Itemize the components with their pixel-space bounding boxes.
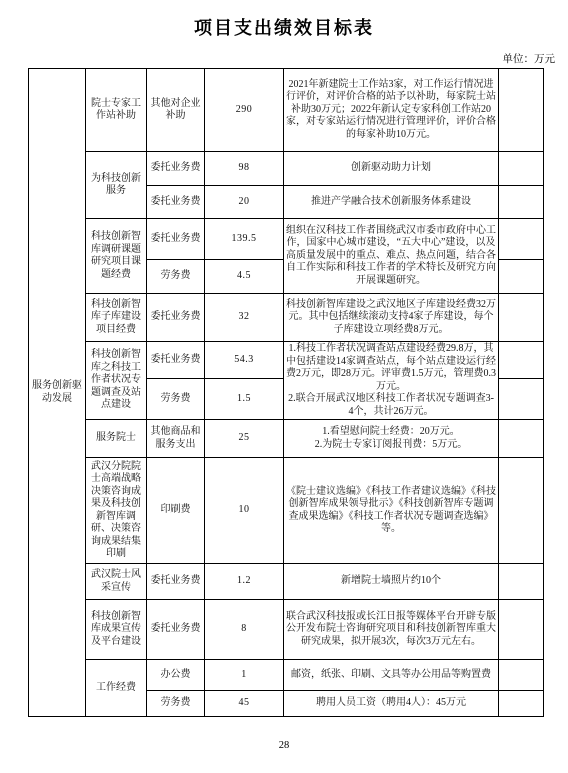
- category-cell: 武汉分院院士高端战略决策咨询成果及科技创新智库调研、决策咨询成果结集印刷: [86, 458, 147, 564]
- category-cell: 科技创新智库成果宣传及平台建设: [86, 600, 147, 660]
- description-cell: 组织在汉科技工作者围绕武汉市委市政府中心工作，国家中心城市建设，“五大中心”建设…: [284, 219, 499, 294]
- performance-target-table: 服务创新驱动发展 院士专家工作站补助 其他对企业补助 290 2021年新建院士…: [28, 68, 544, 717]
- expense-type-cell: 劳务费: [147, 691, 205, 717]
- table-row: 科技创新智库子库建设项目经费 委托业务费 32 科技创新智库建设之武汉地区子库建…: [29, 294, 544, 342]
- category-cell: 服务院士: [86, 420, 147, 458]
- amount-cell: 98: [205, 152, 284, 186]
- amount-cell: 139.5: [205, 219, 284, 260]
- expense-type-cell: 其他对企业补助: [147, 69, 205, 152]
- expense-type-cell: 委托业务费: [147, 342, 205, 379]
- note-cell: [499, 379, 544, 420]
- expense-type-cell: 印刷费: [147, 458, 205, 564]
- description-cell: 联合武汉科技报或长江日报等媒体平台开辟专版公开发布院士咨询研究项目和科技创新智库…: [284, 600, 499, 660]
- note-cell: [499, 564, 544, 600]
- table-row: 科技创新智库调研课题研究项目课题经费 委托业务费 139.5 组织在汉科技工作者…: [29, 219, 544, 260]
- expense-type-cell: 委托业务费: [147, 564, 205, 600]
- note-cell: [499, 458, 544, 564]
- category-cell: 科技创新智库子库建设项目经费: [86, 294, 147, 342]
- note-cell: [499, 420, 544, 458]
- table-row: 服务创新驱动发展 院士专家工作站补助 其他对企业补助 290 2021年新建院士…: [29, 69, 544, 152]
- table-row: 服务院士 其他商品和服务支出 25 1.看望慰问院士经费：20万元。 2.为院士…: [29, 420, 544, 458]
- note-cell: [499, 69, 544, 152]
- expense-type-cell: 委托业务费: [147, 294, 205, 342]
- table-row: 武汉分院院士高端战略决策咨询成果及科技创新智库调研、决策咨询成果结集印刷 印刷费…: [29, 458, 544, 564]
- amount-cell: 1: [205, 660, 284, 691]
- note-cell: [499, 152, 544, 186]
- group-cell: 服务创新驱动发展: [29, 69, 86, 717]
- expense-type-cell: 委托业务费: [147, 152, 205, 186]
- note-cell: [499, 691, 544, 717]
- expense-type-cell: 委托业务费: [147, 600, 205, 660]
- amount-cell: 45: [205, 691, 284, 717]
- description-cell: 1.看望慰问院士经费：20万元。 2.为院士专家订阅报刊费：5万元。: [284, 420, 499, 458]
- table-row: 工作经费 办公费 1 邮资，纸张、印刷、文具等办公用品等购置费: [29, 660, 544, 691]
- category-cell: 院士专家工作站补助: [86, 69, 147, 152]
- description-cell: 创新驱动助力计划: [284, 152, 499, 186]
- description-cell: 2021年新建院士工作站3家，对工作运行情况进行评价，对评价合格的站予以补助，每…: [284, 69, 499, 152]
- note-cell: [499, 660, 544, 691]
- note-cell: [499, 342, 544, 379]
- page-number: 28: [0, 740, 568, 751]
- note-cell: [499, 219, 544, 260]
- description-cell: 聘用人员工资（聘用4人）：45万元: [284, 691, 499, 717]
- expense-type-cell: 劳务费: [147, 260, 205, 294]
- amount-cell: 290: [205, 69, 284, 152]
- amount-cell: 54.3: [205, 342, 284, 379]
- expense-type-cell: 委托业务费: [147, 219, 205, 260]
- category-cell: 为科技创新服务: [86, 152, 147, 219]
- expense-type-cell: 其他商品和服务支出: [147, 420, 205, 458]
- document-page: 项目支出绩效目标表 单位：万元 服务创新驱动发展 院士专家工作站补助 其他对企业…: [0, 0, 568, 773]
- category-cell: 工作经费: [86, 660, 147, 717]
- description-cell: 推进产学融合技术创新服务体系建设: [284, 186, 499, 219]
- note-cell: [499, 260, 544, 294]
- category-cell: 科技创新智库调研课题研究项目课题经费: [86, 219, 147, 294]
- expense-type-cell: 办公费: [147, 660, 205, 691]
- description-cell: 科技创新智库建设之武汉地区子库建设经费32万元。其中包括继续滚动支持4家子库建设…: [284, 294, 499, 342]
- amount-cell: 4.5: [205, 260, 284, 294]
- expense-type-cell: 委托业务费: [147, 186, 205, 219]
- description-cell: 《院士建议选编》《科技工作者建议选编》《科技创新智库成果领导批示》《科技创新智库…: [284, 458, 499, 564]
- amount-cell: 32: [205, 294, 284, 342]
- amount-cell: 1.2: [205, 564, 284, 600]
- note-cell: [499, 294, 544, 342]
- amount-cell: 20: [205, 186, 284, 219]
- table-row: 科技创新智库之科技工作者状况专题调查及站点建设 委托业务费 54.3 1.科技工…: [29, 342, 544, 379]
- table-row: 为科技创新服务 委托业务费 98 创新驱动助力计划: [29, 152, 544, 186]
- expense-type-cell: 劳务费: [147, 379, 205, 420]
- amount-cell: 25: [205, 420, 284, 458]
- note-cell: [499, 600, 544, 660]
- category-cell: 科技创新智库之科技工作者状况专题调查及站点建设: [86, 342, 147, 420]
- unit-label: 单位：万元: [503, 51, 556, 66]
- amount-cell: 1.5: [205, 379, 284, 420]
- page-title: 项目支出绩效目标表: [0, 14, 568, 40]
- category-cell: 武汉院士风采宣传: [86, 564, 147, 600]
- note-cell: [499, 186, 544, 219]
- amount-cell: 8: [205, 600, 284, 660]
- description-cell: 邮资，纸张、印刷、文具等办公用品等购置费: [284, 660, 499, 691]
- table-row: 武汉院士风采宣传 委托业务费 1.2 新增院士墙照片约10个: [29, 564, 544, 600]
- table-row: 科技创新智库成果宣传及平台建设 委托业务费 8 联合武汉科技报或长江日报等媒体平…: [29, 600, 544, 660]
- amount-cell: 10: [205, 458, 284, 564]
- description-cell: 1.科技工作者状况调查站点建设经费29.8万，其中包括建设14家调查站点，每个站…: [284, 342, 499, 420]
- description-cell: 新增院士墙照片约10个: [284, 564, 499, 600]
